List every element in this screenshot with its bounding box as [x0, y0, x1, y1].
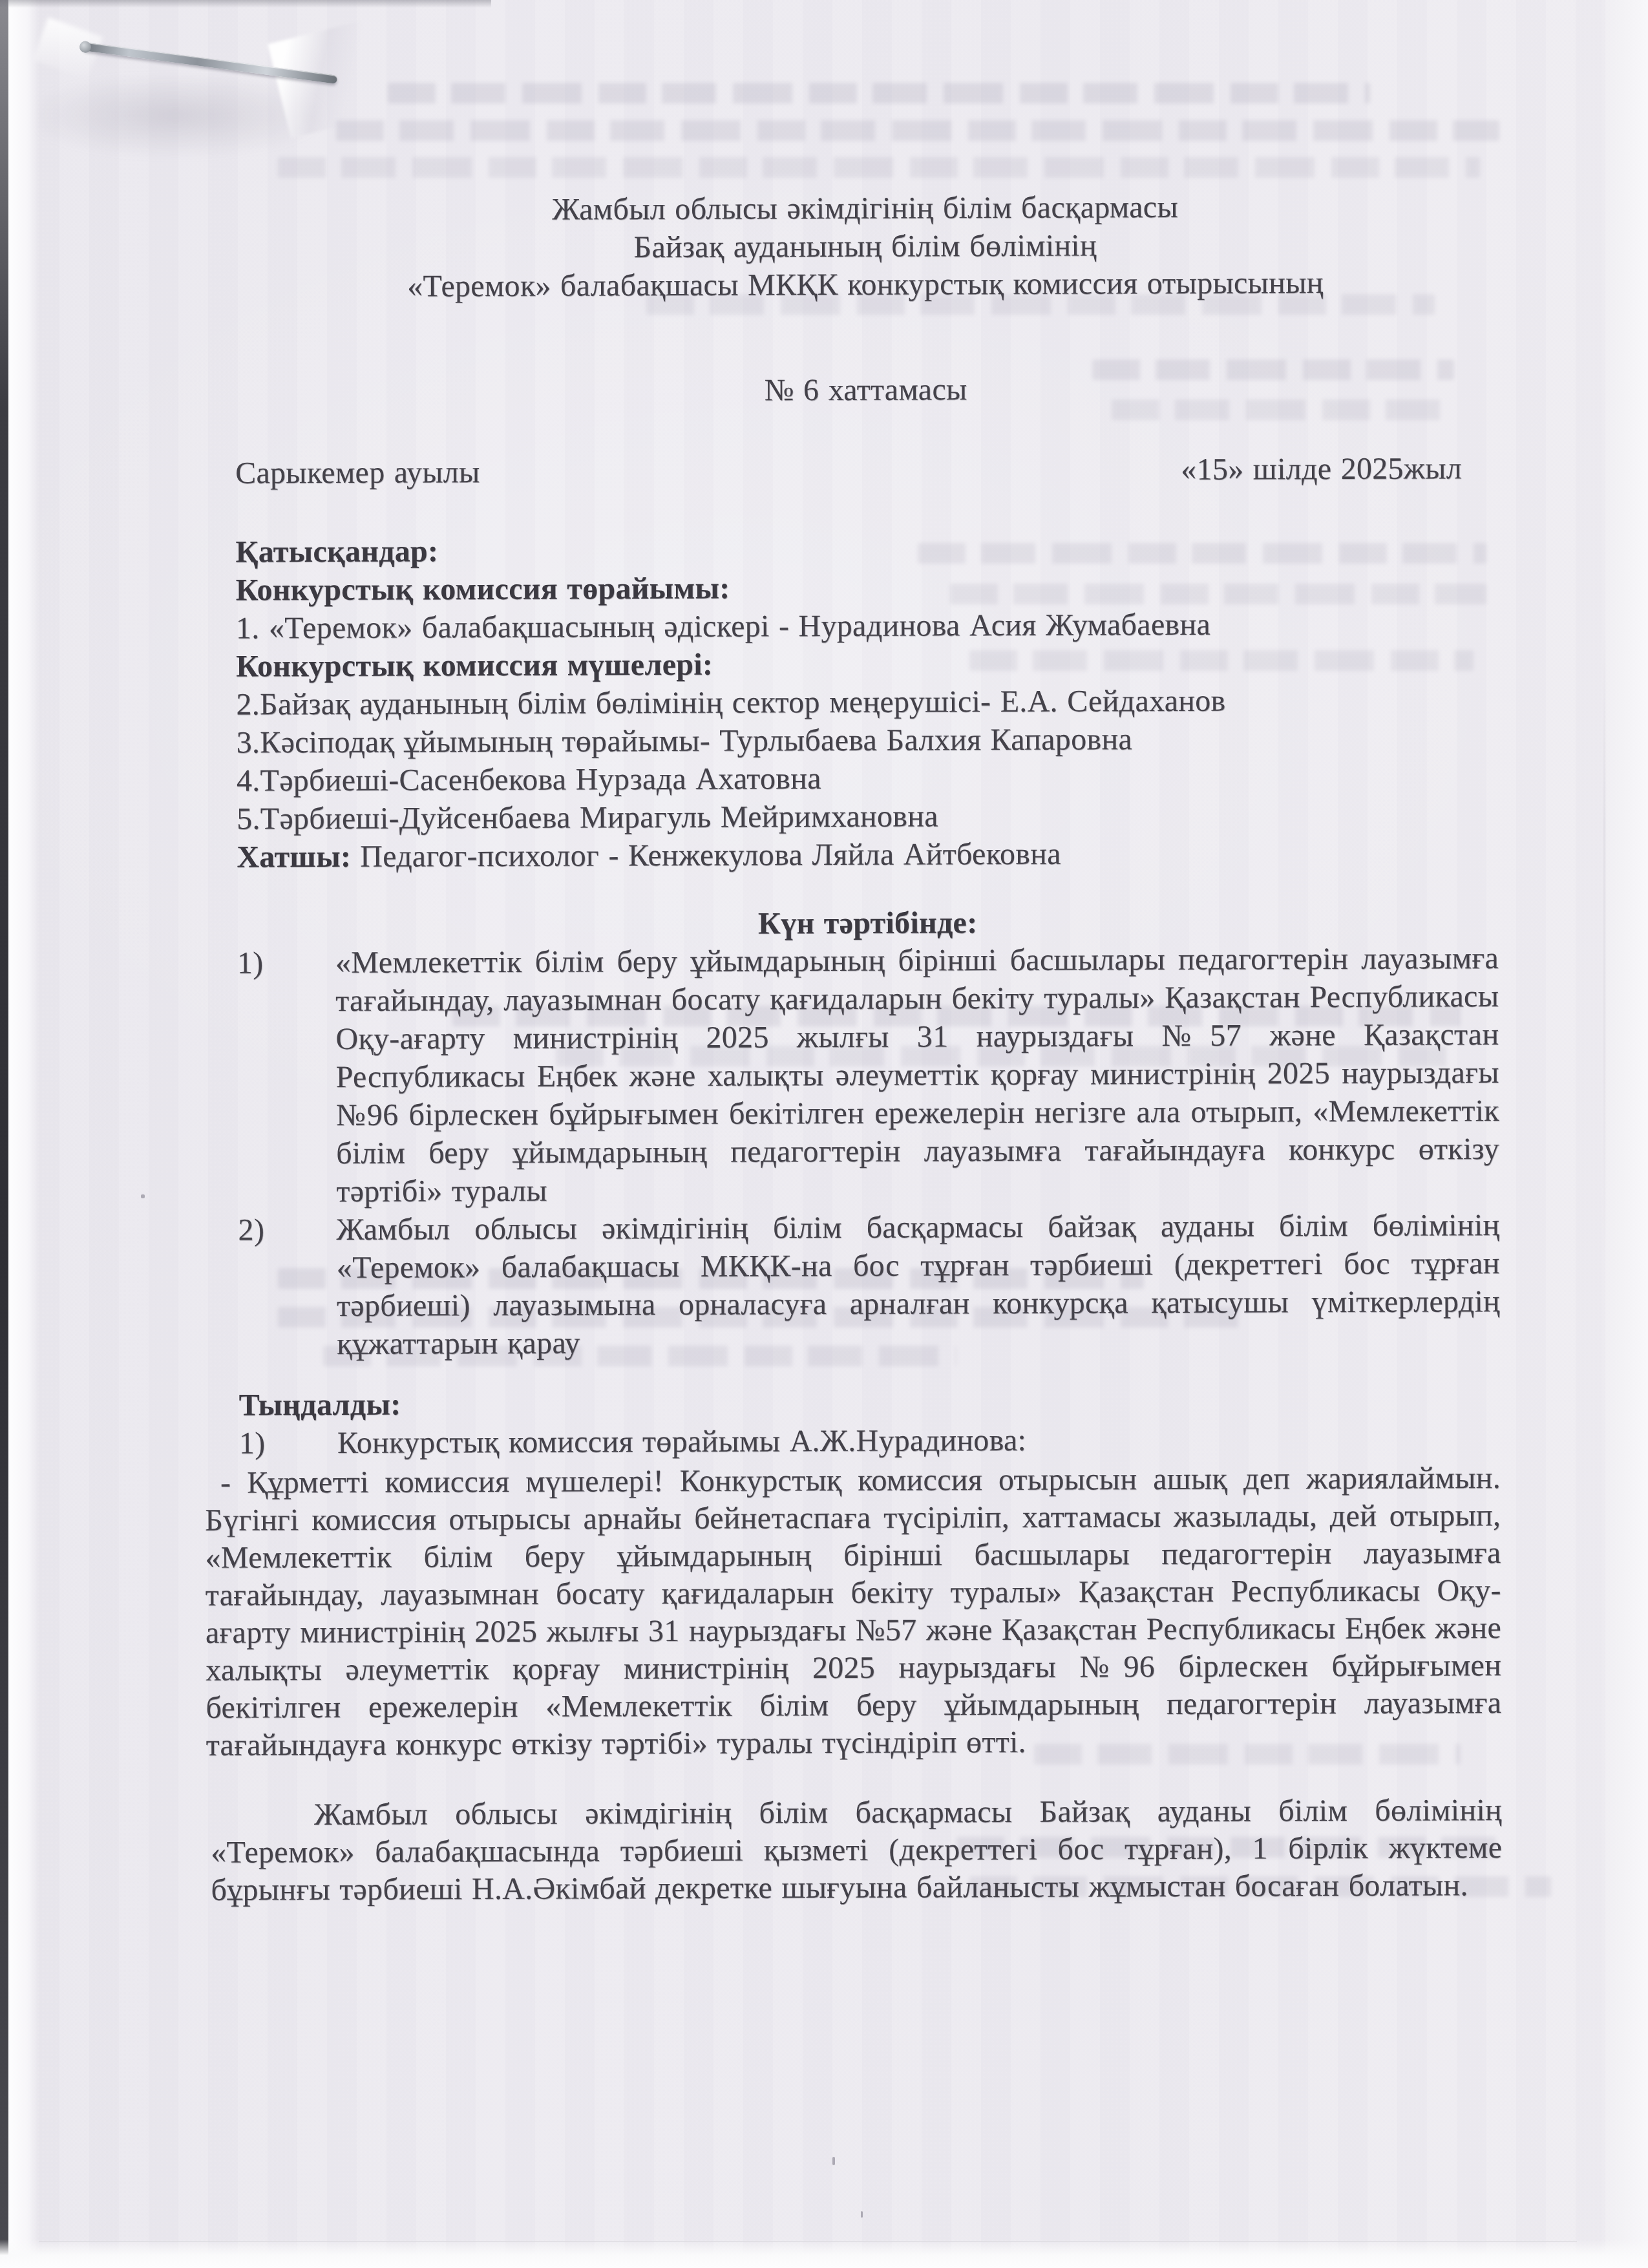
heard-item-text: Конкурстық комиссия төрайымы А.Ж.Нурадин… [337, 1421, 1027, 1462]
chair-heading: Конкурстық комиссия төрайымы: [236, 566, 1497, 609]
heard-section: Тыңдалды: 1) Конкурстық комиссия төрайым… [238, 1381, 1500, 1462]
scan-edge-top [0, 0, 491, 8]
title-line-1: Жамбыл облысы әкімдігінің білім басқарма… [234, 187, 1495, 229]
member-item: 2.Байзақ ауданының білім бөлімінің секто… [236, 681, 1497, 723]
secretary-name: Педагог-психолог - Кенжекулова Ляйла Айт… [360, 837, 1061, 874]
member-item: 3.Кәсіподақ ұйымының төрайымы- Турлыбаев… [237, 719, 1498, 761]
agenda-item-2: 2) Жамбыл облысы әкімдігінің білім басқа… [238, 1206, 1500, 1363]
place-date-row: Сарыкемер ауылы «15» шілде 2025жыл [235, 449, 1497, 492]
agenda-item-1: 1) «Мемлекеттік білім беру ұйымдарының б… [237, 939, 1500, 1211]
member-item: 5.Тәрбиеші-Дуйсенбаева Мирагуль Мейримха… [237, 795, 1498, 838]
heard-heading: Тыңдалды: [238, 1381, 1500, 1424]
scan-edge-left [0, 0, 8, 2268]
agenda-list: 1) «Мемлекеттік білім беру ұйымдарының б… [237, 939, 1500, 1363]
closing-paragraph: Жамбыл облысы әкімдігінің білім басқарма… [211, 1792, 1503, 1909]
participants-section: Қатысқандар: Конкурстық комиссия төрайым… [235, 528, 1498, 876]
secretary-line: Хатшы:Педагог-психолог - Кенжекулова Ляй… [237, 833, 1498, 876]
speech-paragraph: - Құрметті комиссия мүшелері! Конкурстық… [205, 1459, 1502, 1765]
protocol-number: № 6 хаттамасы [235, 368, 1496, 411]
members-heading: Конкурстық комиссия мүшелері: [236, 642, 1497, 685]
document-title: Жамбыл облысы әкімдігінің білім басқарма… [234, 187, 1496, 306]
agenda-item-number: 1) [237, 944, 337, 1211]
agenda-item-number: 2) [238, 1211, 337, 1364]
paper-edge-right [1600, 0, 1648, 2268]
agenda-heading: Күн тәртібінде: [237, 902, 1499, 944]
heard-item-number: 1) [239, 1424, 337, 1463]
chair-item: 1. «Теремок» балабақшасының әдіскері - Н… [236, 604, 1497, 647]
heard-item: 1) Конкурстық комиссия төрайымы А.Ж.Нура… [239, 1419, 1501, 1462]
title-line-2: Байзақ ауданының білім бөлімінің [235, 225, 1496, 268]
place-name: Сарыкемер ауылы [235, 453, 480, 492]
secretary-label: Хатшы: [237, 840, 351, 874]
paper-edge-left [8, 0, 39, 2268]
participants-heading: Қатысқандар: [235, 528, 1497, 571]
title-line-3: «Теремок» балабақшасы МКҚК конкурстық ко… [235, 263, 1496, 306]
scanned-page: Жамбыл облысы әкімдігінің білім басқарма… [0, 0, 1648, 2268]
document-body: Жамбыл облысы әкімдігінің білім басқарма… [0, 0, 1648, 2268]
protocol-date: «15» шілде 2025жыл [1181, 449, 1462, 489]
member-item: 4.Тәрбиеші-Сасенбекова Нурзада Ахатовна [237, 757, 1498, 800]
agenda-item-text: Жамбыл облысы әкімдігінің білім басқарма… [336, 1206, 1500, 1363]
paper-edge-bottom [0, 2240, 1648, 2268]
agenda-item-text: «Мемлекеттік білім беру ұйымдарының бірі… [335, 939, 1500, 1211]
